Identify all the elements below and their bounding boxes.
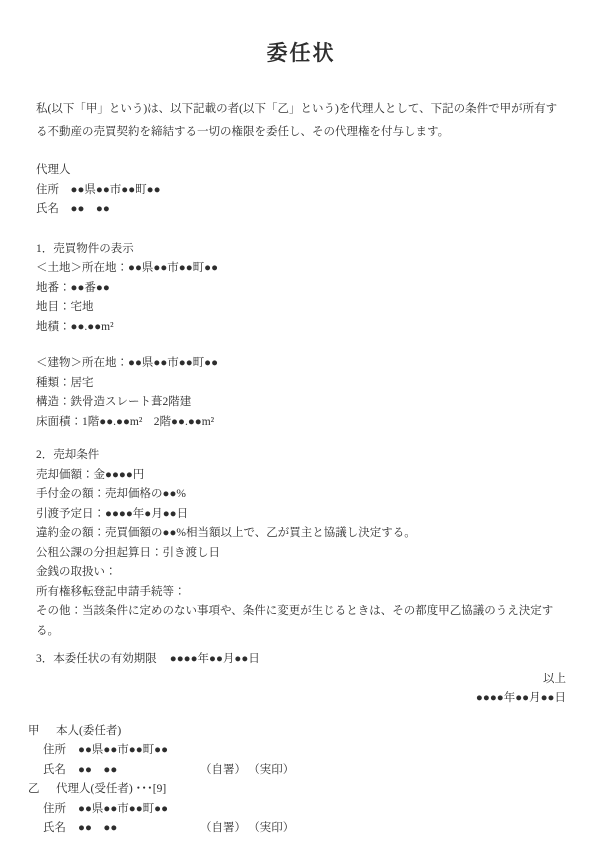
section2-heading: 2．売却条件	[36, 446, 566, 466]
kou-address-label: 住所	[43, 744, 66, 756]
property-section: 1．売買物件の表示 ＜土地＞所在地：●●県●●市●●町●● 地番：●●番●● 地…	[36, 240, 566, 338]
party-otsu-label: 乙	[28, 780, 41, 800]
building-structure-line: 構造：鉄骨造スレート葺2階建	[36, 393, 566, 413]
building-location-line: ＜建物＞所在地：●●県●●市●●町●●	[36, 354, 566, 374]
terms-penalty-line: 違約金の額：売買価額の●●%相当額以上で、乙が買主と協議し決定する。	[36, 524, 566, 544]
building-block: ＜建物＞所在地：●●県●●市●●町●● 種類：居宅 構造：鉄骨造スレート葺2階建…	[36, 354, 566, 432]
intro-paragraph: 私(以下「甲」という)は、以下記載の者(以下「乙」という)を代理人として、下記の…	[36, 98, 566, 144]
end-marker: 以上	[36, 670, 566, 690]
party-otsu-role: 代理人(受任者) ･･･[9]	[56, 783, 166, 795]
validity-section: 3．本委任状の有効期限●●●●年●●月●●日	[36, 650, 566, 670]
kou-signature-note: （自署）	[200, 764, 246, 776]
building-floor-area-line: 床面積：1階●●.●●m² 2階●●.●●m²	[36, 413, 566, 433]
terms-registration-line: 所有権移転登記申請手続等：	[36, 583, 566, 603]
otsu-address-value: ●●県●●市●●町●●	[78, 803, 168, 815]
signature-block-otsu: 乙代理人(受任者) ･･･[9] 住所●●県●●市●●町●● 氏名●● ●●（自…	[36, 780, 566, 839]
document-title: 委任状	[36, 38, 566, 68]
party-kou-label: 甲	[28, 722, 41, 742]
terms-other-line: その他：当該条件に定めのない事項や、条件に変更が生じるときは、その都度甲乙協議の…	[36, 602, 566, 641]
section1-heading: 1．売買物件の表示	[36, 240, 566, 260]
terms-price-line: 売却価額：金●●●●円	[36, 466, 566, 486]
agent-block: 代理人 住所 ●●県●●市●●町●● 氏名 ●● ●●	[36, 161, 566, 220]
land-lot-number-line: 地番：●●番●●	[36, 279, 566, 299]
agent-heading: 代理人	[36, 161, 566, 181]
kou-address-value: ●●県●●市●●町●●	[78, 744, 168, 756]
closing-block: 以上 ●●●●年●●月●●日	[36, 670, 566, 709]
terms-tax-line: 公租公課の分担起算日：引き渡し日	[36, 544, 566, 564]
kou-seal-note: （実印）	[254, 764, 294, 776]
validity-date: ●●●●年●●月●●日	[170, 653, 260, 665]
closing-date: ●●●●年●●月●●日	[36, 689, 566, 709]
terms-deposit-line: 手付金の額：売却価格の●●%	[36, 485, 566, 505]
land-category-line: 地目：宅地	[36, 298, 566, 318]
otsu-name-value: ●● ●●	[78, 819, 200, 839]
terms-money-handling-line: 金銭の取扱い：	[36, 563, 566, 583]
agent-name-line: 氏名 ●● ●●	[36, 200, 566, 220]
document-page: 委任状 私(以下「甲」という)は、以下記載の者(以下「乙」という)を代理人として…	[0, 0, 600, 845]
kou-name-label: 氏名	[43, 764, 66, 776]
otsu-signature-note: （自署）	[200, 822, 246, 834]
otsu-seal-note: （実印）	[254, 822, 294, 834]
land-area-line: 地積：●●.●●m²	[36, 318, 566, 338]
terms-section: 2．売却条件 売却価額：金●●●●円 手付金の額：売却価格の●●% 引渡予定日：…	[36, 446, 566, 641]
otsu-address-label: 住所	[43, 803, 66, 815]
land-location-line: ＜土地＞所在地：●●県●●市●●町●●	[36, 259, 566, 279]
signature-block-kou: 甲本人(委任者) 住所●●県●●市●●町●● 氏名●● ●●（自署）（実印）	[36, 722, 566, 781]
kou-name-value: ●● ●●	[78, 761, 200, 781]
building-type-line: 種類：居宅	[36, 374, 566, 394]
terms-handover-date-line: 引渡予定日：●●●●年●月●●日	[36, 505, 566, 525]
otsu-name-label: 氏名	[43, 822, 66, 834]
agent-address-line: 住所 ●●県●●市●●町●●	[36, 181, 566, 201]
section3-heading: 3．本委任状の有効期限	[36, 653, 157, 665]
party-kou-role: 本人(委任者)	[56, 725, 121, 737]
